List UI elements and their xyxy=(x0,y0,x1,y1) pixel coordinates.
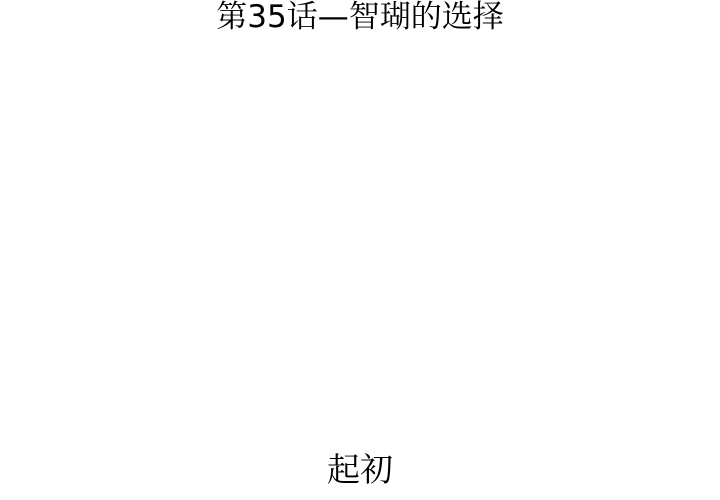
comic-page: 第35话—智瑚的选择 起初 xyxy=(0,0,720,500)
episode-title: 第35话—智瑚的选择 xyxy=(0,0,720,34)
panel-caption: 起初 xyxy=(0,452,720,488)
